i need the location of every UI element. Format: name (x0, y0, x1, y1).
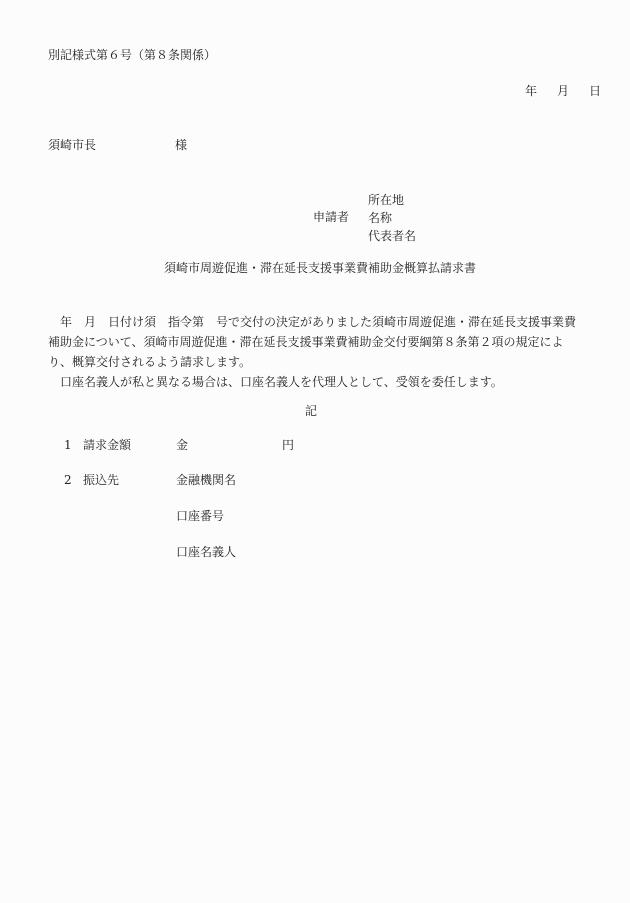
field-label: 口座番号 (176, 508, 224, 524)
date-line: 年月日 (525, 83, 601, 99)
form-id: 別記様式第６号（第８条関係） (48, 47, 216, 63)
item-number: 2 (64, 472, 72, 488)
item-value: 金 (176, 437, 188, 453)
addressee: 須崎市長 様 (48, 137, 96, 153)
applicant-label: 申請者 (313, 209, 349, 225)
date-day: 日 (589, 83, 601, 99)
body-paragraph-1: 年 月 日付け須 指令第 号で交付の決定がありました須崎市周遊促進・滞在延長支援… (48, 312, 583, 372)
date-month: 月 (557, 83, 569, 99)
ki-heading: 記 (305, 403, 317, 419)
addressee-name: 須崎市長 (48, 138, 96, 152)
item-number: 1 (64, 437, 72, 453)
item-unit: 円 (282, 437, 294, 453)
applicant-address: 所在地 (368, 191, 416, 209)
applicant-fields: 所在地 名称 代表者名 (368, 191, 416, 245)
item-label: 振込先 (83, 472, 119, 488)
item-label: 請求金額 (83, 437, 131, 453)
body-paragraph-2: 口座名義人が私と異なる場合は、口座名義人を代理人として、受領を委任します。 (48, 372, 583, 392)
field-label: 口座名義人 (176, 544, 236, 560)
addressee-honorific: 様 (175, 137, 187, 153)
applicant-representative: 代表者名 (368, 227, 416, 245)
document-title: 須崎市周遊促進・滞在延長支援事業費補助金概算払請求書 (164, 260, 476, 276)
date-year: 年 (525, 83, 537, 99)
item-value: 金融機関名 (176, 472, 236, 488)
applicant-name: 名称 (368, 209, 416, 227)
document-body: 年 月 日付け須 指令第 号で交付の決定がありました須崎市周遊促進・滞在延長支援… (48, 312, 583, 392)
